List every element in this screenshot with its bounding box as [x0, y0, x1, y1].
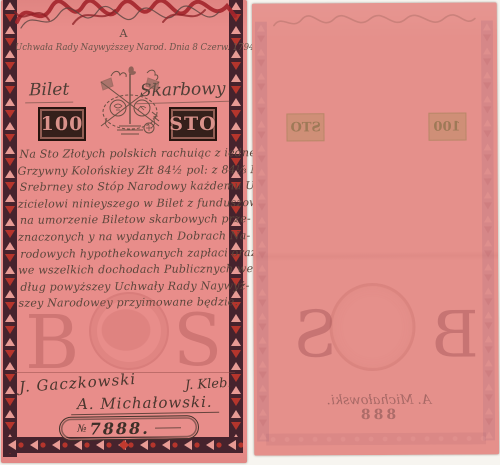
- serial-prefix: №: [77, 423, 87, 434]
- obligation-line: znaczonych y na wydanych Dobrach Na-: [18, 228, 234, 246]
- obligation-line: Na Sto Złotych polskich rachuiąc z iedne…: [19, 145, 235, 163]
- watermark-letter-b: B: [25, 300, 79, 386]
- signature-right: J. Kleb.: [184, 376, 231, 393]
- signature-center: A. Michałowski.: [71, 393, 219, 416]
- showthrough-denom-100: 100: [428, 113, 466, 141]
- showthrough-100-label: 100: [434, 119, 461, 134]
- banknote-reverse: STO 100 S B A. Michałowski. 888: [252, 2, 499, 455]
- serial-underline: [155, 427, 181, 428]
- denomination-sto: STO: [169, 113, 216, 135]
- showthrough-denom-sto: STO: [286, 113, 324, 141]
- obligation-text: Na Sto Złotych polskich rachuiąc z iedne…: [17, 145, 234, 312]
- title-bilet: Bilet: [25, 80, 74, 104]
- obligation-line: na umorzenie Biletow skarbowych prze-: [20, 212, 236, 230]
- denomination-100: 100: [41, 113, 84, 135]
- banknote-obverse: A Uchwała Rady Naywyższey Narod. Dnia 8 …: [1, 0, 247, 463]
- showthrough-flourish: [272, 8, 477, 35]
- serial-number-frame: № 7888.: [59, 415, 199, 441]
- showthrough-serial: 888: [342, 407, 412, 423]
- showthrough-border-bottom: [266, 432, 486, 445]
- obligation-line: Grzywny Kolońskiey Złt 84½ pol: z 84⅓ Mo…: [18, 162, 234, 180]
- showthrough-border-right: [481, 20, 495, 440]
- denomination-box-numeric: 100: [38, 107, 86, 141]
- obligation-line: we wszelkich dochodach Publicznych we-: [18, 261, 234, 279]
- decree-header: Uchwała Rady Naywyższey Narod. Dnia 8 Cz…: [15, 43, 237, 54]
- obligation-line: zicielowi ninieyszego w Bilet z funduszo…: [18, 195, 234, 213]
- ornamental-border-left: [3, 0, 17, 457]
- denomination-box-word: STO: [169, 107, 217, 141]
- series-letter: A: [1, 27, 247, 40]
- showthrough-circle-watermark: [329, 283, 415, 371]
- showthrough-watermark-b: B: [431, 298, 478, 372]
- showthrough-signature: A. Michałowski.: [314, 393, 444, 409]
- showthrough-watermark-s: S: [293, 298, 337, 372]
- obligation-line: Srebrney sto Stóp Narodowy każdemu Uka-: [20, 178, 236, 196]
- watermark-letter-s: S: [173, 298, 222, 382]
- coat-of-arms-emblem: [89, 60, 171, 152]
- embossed-circle-watermark: [89, 292, 169, 370]
- obligation-line: rodowych hypothekowanych zapłaci oraz: [20, 245, 236, 263]
- showthrough-border-left: [255, 22, 269, 442]
- serial-number: 7888.: [90, 418, 150, 438]
- showthrough-sto-label: STO: [290, 120, 320, 135]
